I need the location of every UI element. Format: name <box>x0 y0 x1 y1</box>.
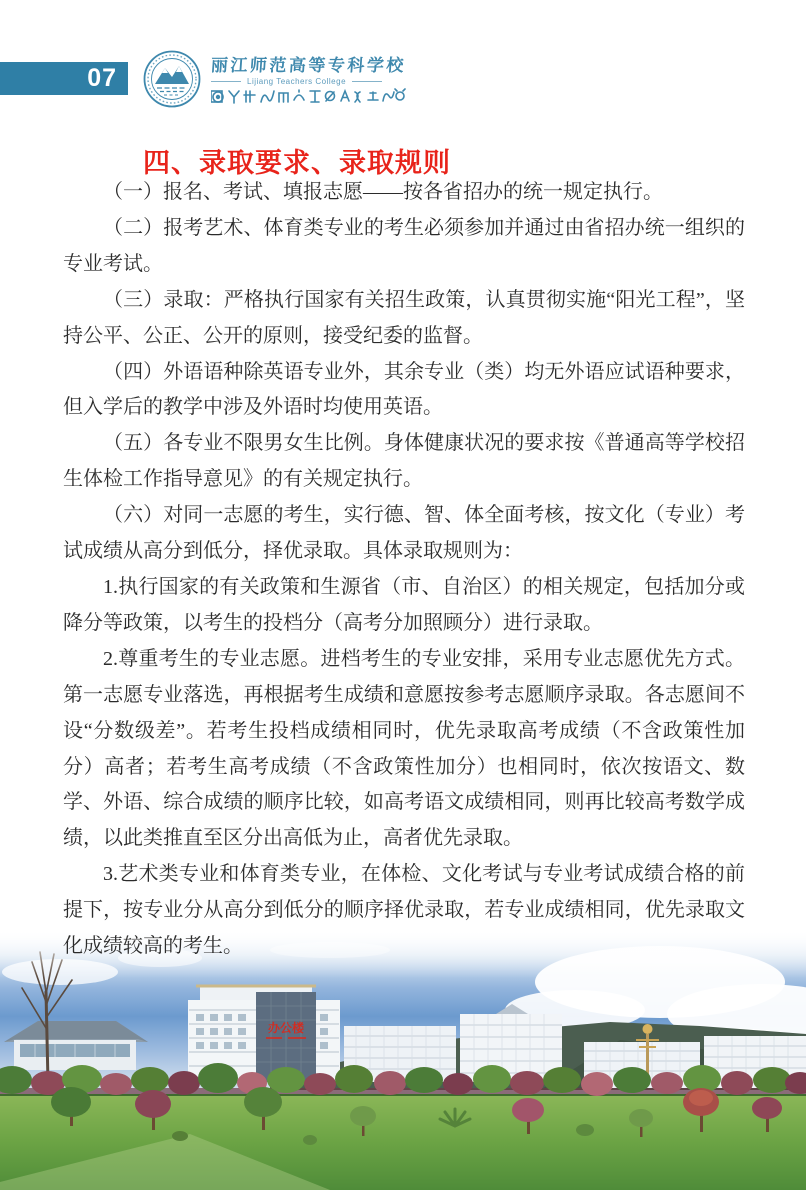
paragraph-rule-1: 1.执行国家的有关政策和生源省（市、自治区）的相关规定，包括加分或降分等政策，以… <box>63 570 745 642</box>
paragraph-1: （一）报名、考试、填报志愿——按各省招办的统一规定执行。 <box>63 175 745 211</box>
paragraph-6: （六）对同一志愿的考生，实行德、智、体全面考核，按文化（专业）考试成绩从高分到低… <box>63 498 745 570</box>
page-number: 07 <box>87 64 117 93</box>
school-emblem-icon <box>142 49 202 109</box>
brochure-page: 07 丽江师范高等专科学校 Lijiang Teachers College <box>0 0 806 1190</box>
school-logo <box>142 49 202 109</box>
school-name-block: 丽江师范高等专科学校 Lijiang Teachers College <box>211 51 441 111</box>
page-number-bar: 07 <box>0 62 128 95</box>
paragraph-rule-2: 2.尊重考生的专业志愿。进档考生的专业安排，采用专业志愿优先方式。第一志愿专业落… <box>63 642 745 857</box>
paragraph-2: （二）报考艺术、体育类专业的考生必须参加并通过由省招办统一组织的专业考试。 <box>63 211 745 283</box>
divider-left <box>211 81 241 82</box>
paragraph-rule-3: 3.艺术类专业和体育类专业，在体检、文化考试与专业考试成绩合格的前提下，按专业分… <box>63 857 745 965</box>
paragraph-3: （三）录取：严格执行国家有关招生政策，认真贯彻实施“阳光工程”，坚持公平、公正、… <box>63 283 745 355</box>
dongba-pictographs-icon <box>211 88 406 106</box>
body-text: （一）报名、考试、填报志愿——按各省招办的统一规定执行。 （二）报考艺术、体育类… <box>63 175 745 965</box>
divider-right <box>352 81 382 82</box>
campus-photo: 办公楼 <box>0 930 806 1190</box>
paragraph-4: （四）外语语种除英语专业外，其余专业（类）均无外语应试语种要求，但入学后的教学中… <box>63 355 745 427</box>
paragraph-5: （五）各专业不限男女生比例。身体健康状况的要求按《普通高等学校招生体检工作指导意… <box>63 426 745 498</box>
office-building-sign: 办公楼 <box>268 1020 305 1035</box>
school-name-english: Lijiang Teachers College <box>247 77 346 86</box>
school-name-chinese: 丽江师范高等专科学校 <box>210 51 442 76</box>
